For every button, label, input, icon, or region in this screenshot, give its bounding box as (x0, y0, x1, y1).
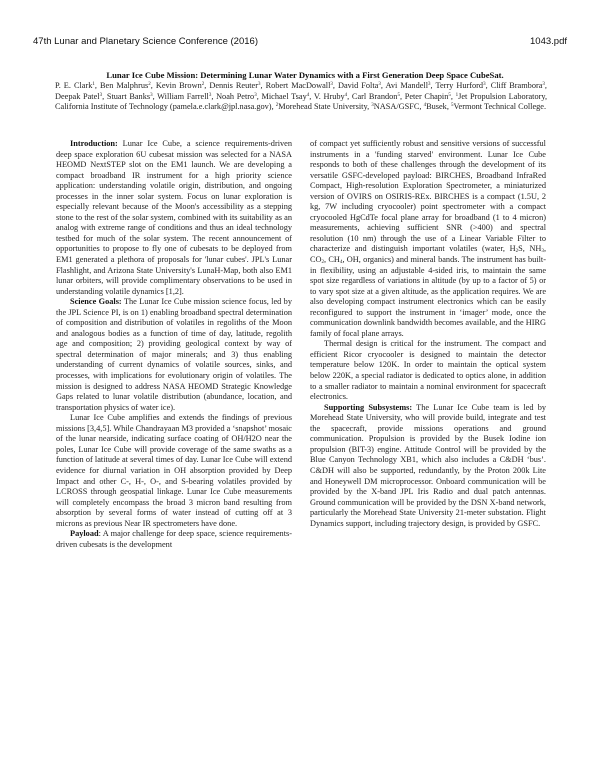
affiliation-marker: 5 (448, 93, 451, 98)
author-name: William Farrell (157, 92, 209, 101)
affiliation-marker: 4 (307, 93, 310, 98)
affiliation-marker: 3 (330, 82, 333, 87)
affiliation-marker: 3 (542, 82, 545, 87)
affiliation-marker: 3 (378, 82, 381, 87)
affiliation-marker: 3 (150, 93, 153, 98)
affiliation-text: Vermont Technical College. (453, 102, 546, 111)
author-name: David Folta (338, 81, 378, 90)
affiliation-marker: 3 (483, 82, 486, 87)
subsystems-heading: Supporting Subsystems: (324, 403, 412, 412)
intro-heading: Introduction: (70, 139, 118, 148)
payload-paragraph-start: Payload: A major challenge for deep spac… (56, 529, 292, 550)
affiliation-marker: 3 (258, 82, 261, 87)
affiliation-marker: 3 (428, 82, 431, 87)
payload-heading: Payload (70, 529, 99, 538)
previous-missions-paragraph: Lunar Ice Cube amplifies and extends the… (56, 413, 292, 529)
affiliation-marker: 3 (209, 93, 212, 98)
affiliation-marker: 3 (254, 93, 257, 98)
author-name: Deepak Patel (55, 92, 100, 101)
affiliation-marker: 3 (100, 93, 103, 98)
author-name: Avi Mandell (386, 81, 429, 90)
author-block: P. E. Clark1, Ben Malphrus2, Kevin Brown… (55, 81, 547, 113)
subsystems-paragraph: Supporting Subsystems: The Lunar Ice Cub… (310, 403, 546, 530)
author-name: Carl Brandon (352, 92, 398, 101)
affiliation-marker: 2 (148, 82, 151, 87)
affiliation-marker: 1 (92, 82, 95, 87)
affiliation-marker: 2 (202, 82, 205, 87)
author-name: Stuart Banks (107, 92, 150, 101)
author-name: Michael Tsay (261, 92, 306, 101)
author-name: Kevin Brown (156, 81, 202, 90)
author-name: Terry Hurford (435, 81, 483, 90)
right-column: of compact yet sufficiently robust and s… (310, 139, 546, 529)
affiliation-text: Morehead State University (278, 102, 367, 111)
science-goals-paragraph: Science Goals: The Lunar Ice Cube missio… (56, 297, 292, 413)
author-name: Noah Petro (216, 92, 254, 101)
science-goals-heading: Science Goals: (70, 297, 122, 306)
payload-paragraph-continued: of compact yet sufficiently robust and s… (310, 139, 546, 339)
author-name: V. Hruby (314, 92, 345, 101)
affiliation-text: NASA/GSFC (374, 102, 420, 111)
author-name: Peter Chapin (405, 92, 449, 101)
paper-title: Lunar Ice Cube Mission: Determining Luna… (55, 70, 555, 80)
author-name: Cliff Brambora (491, 81, 543, 90)
paper-id: 1043.pdf (530, 36, 567, 47)
affiliation-text: Busek (426, 102, 447, 111)
author-name: Robert MacDowall (266, 81, 331, 90)
thermal-paragraph: Thermal design is critical for the instr… (310, 339, 546, 402)
left-column: Introduction: Lunar Ice Cube, a science … (56, 139, 292, 550)
affiliation-marker: 5 (397, 93, 400, 98)
author-name: Ben Malphrus (100, 81, 148, 90)
page-header: 47th Lunar and Planetary Science Confere… (33, 36, 567, 47)
author-name: P. E. Clark (55, 81, 92, 90)
conference-name: 47th Lunar and Planetary Science Confere… (33, 36, 258, 47)
affiliation-marker: 4 (345, 93, 348, 98)
intro-paragraph: Introduction: Lunar Ice Cube, a science … (56, 139, 292, 297)
author-name: Dennis Reuter (209, 81, 258, 90)
